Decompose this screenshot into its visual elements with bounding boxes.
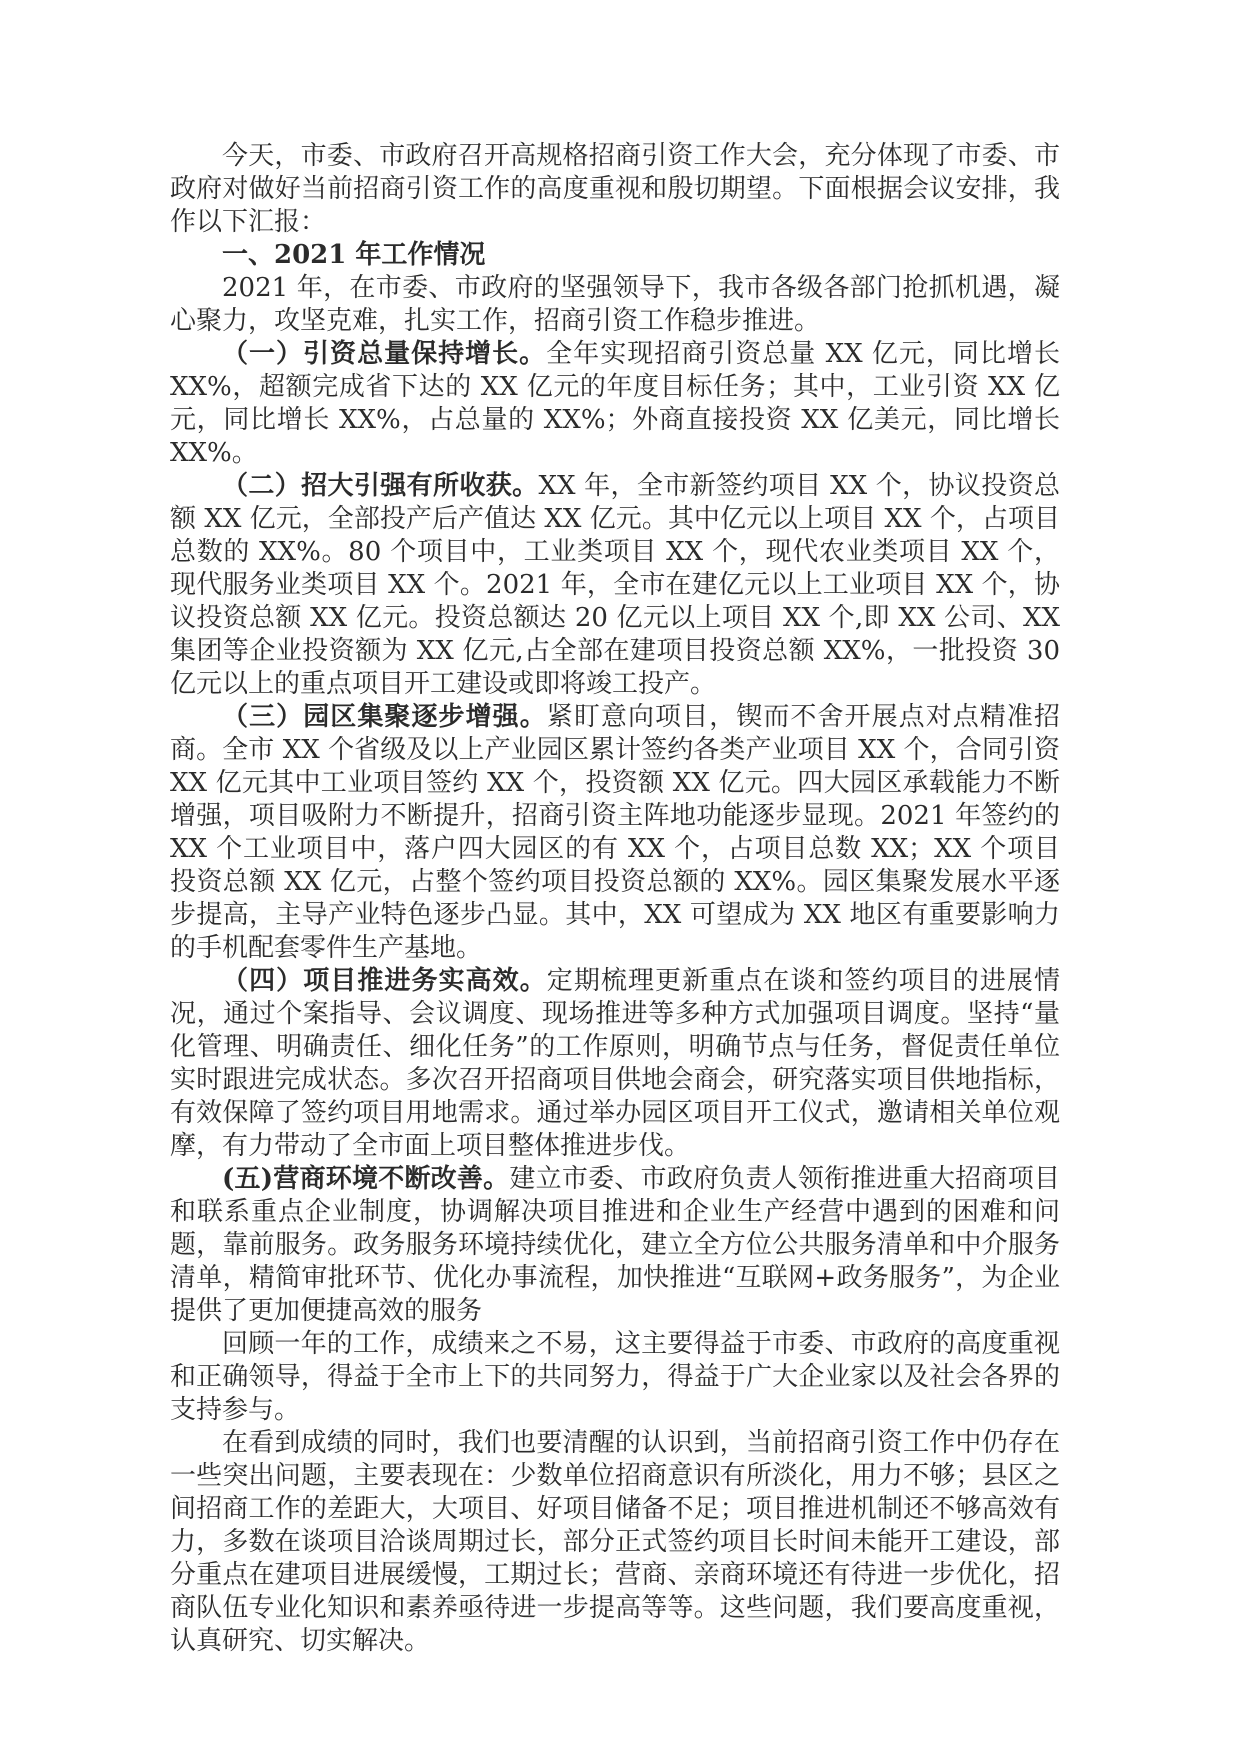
- paragraph: 在看到成绩的同时，我们也要清醒的认识到，当前招商引资工作中仍存在一些突出问题，主…: [170, 1427, 1060, 1658]
- paragraph: （二）招大引强有所收获。XX 年，全市新签约项目 XX 个，协议投资总额 XX …: [170, 470, 1060, 701]
- paragraph-lead: （四）项目推进务实高效。: [222, 966, 547, 996]
- paragraph: （四）项目推进务实高效。定期梳理更新重点在谈和签约项目的进展情况，通过个案指导、…: [170, 965, 1060, 1163]
- paragraph-text: XX 年，全市新签约项目 XX 个，协议投资总额 XX 亿元，全部投产后产值达 …: [170, 471, 1060, 699]
- document-page: 今天，市委、市政府召开高规格招商引资工作大会，充分体现了市委、市政府对做好当前招…: [0, 0, 1240, 1754]
- section-heading: 一、2021 年工作情况: [170, 239, 1060, 272]
- paragraph-lead: (五)营商环境不断改善。: [222, 1164, 509, 1194]
- paragraph-lead: （二）招大引强有所收获。: [222, 471, 538, 501]
- paragraph: 今天，市委、市政府召开高规格招商引资工作大会，充分体现了市委、市政府对做好当前招…: [170, 140, 1060, 239]
- document-content: 今天，市委、市政府召开高规格招商引资工作大会，充分体现了市委、市政府对做好当前招…: [170, 140, 1060, 1658]
- paragraph: (五)营商环境不断改善。建立市委、市政府负责人领衔推进重大招商项目和联系重点企业…: [170, 1163, 1060, 1328]
- paragraph: 回顾一年的工作，成绩来之不易，这主要得益于市委、市政府的高度重视和正确领导，得益…: [170, 1328, 1060, 1427]
- paragraph: 2021 年，在市委、市政府的坚强领导下，我市各级各部门抢抓机遇，凝心聚力，攻坚…: [170, 272, 1060, 338]
- paragraph-lead: （三）园区集聚逐步增强。: [222, 702, 547, 732]
- paragraph-text: 紧盯意向项目，锲而不舍开展点对点精准招商。全市 XX 个省级及以上产业园区累计签…: [170, 702, 1060, 963]
- paragraph-lead: （一）引资总量保持增长。: [222, 339, 546, 369]
- paragraph: （三）园区集聚逐步增强。紧盯意向项目，锲而不舍开展点对点精准招商。全市 XX 个…: [170, 701, 1060, 965]
- paragraph: （一）引资总量保持增长。全年实现招商引资总量 XX 亿元，同比增长 XX%，超额…: [170, 338, 1060, 470]
